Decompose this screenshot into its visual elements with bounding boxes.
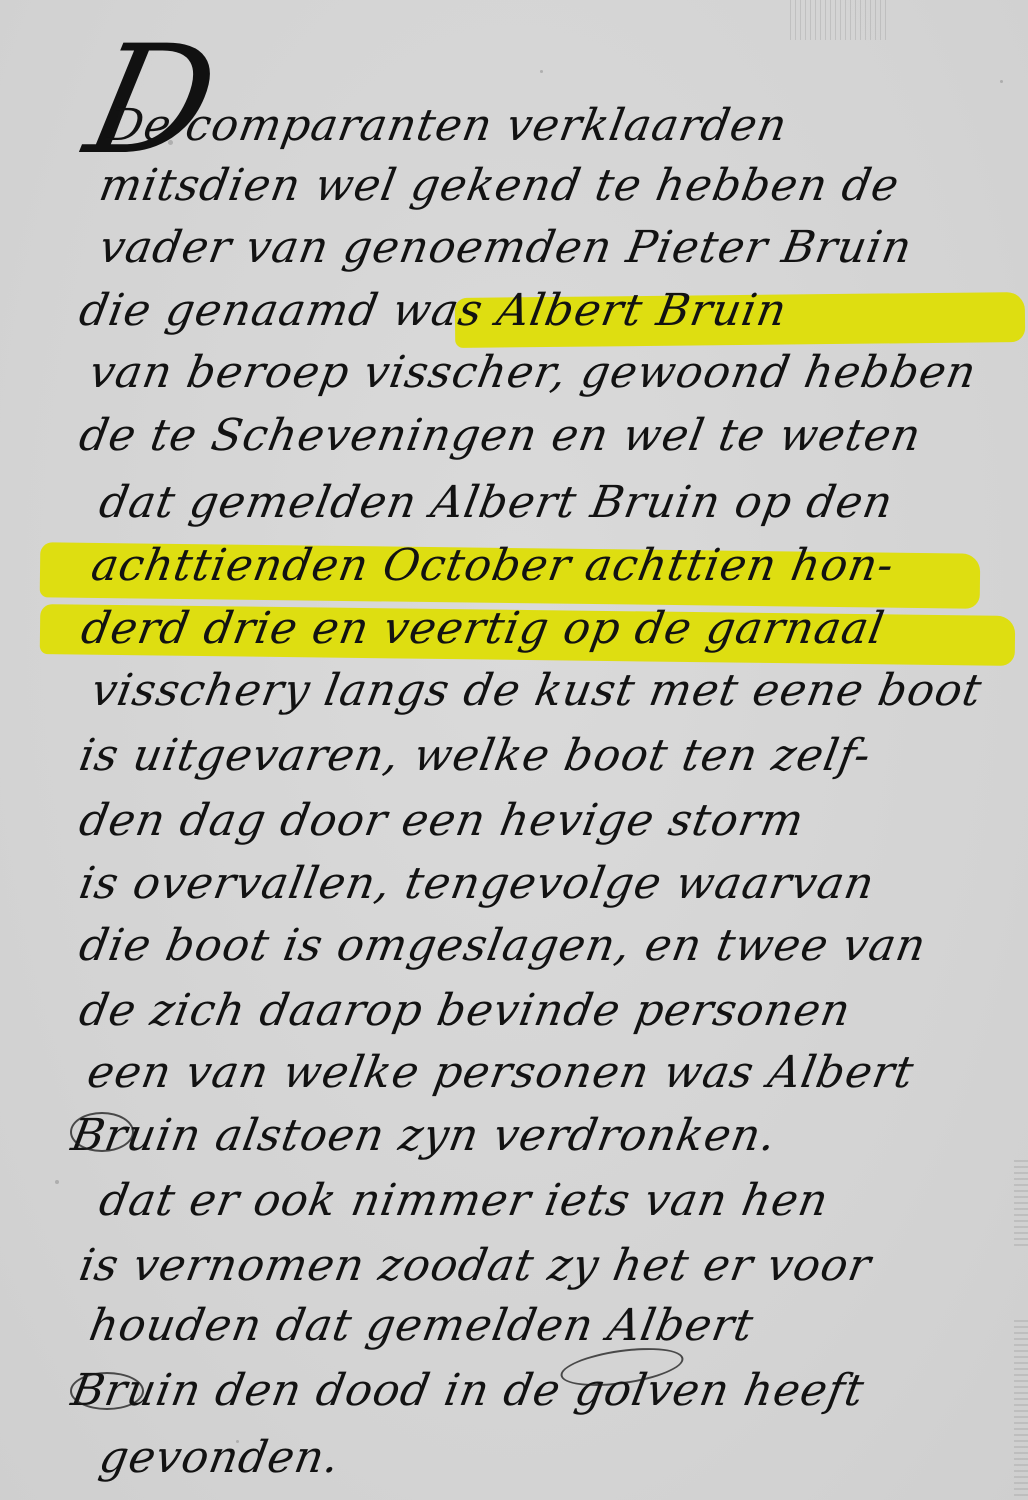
text-line-content: houden dat gemelden Albert bbox=[86, 1300, 758, 1351]
text-line: dat er ook nimmer iets van hen bbox=[0, 1175, 1028, 1239]
scan-speck bbox=[540, 70, 543, 73]
text-line: den dag door een hevige storm bbox=[0, 795, 1028, 859]
text-line-content: de zich daarop bevinde personen bbox=[76, 985, 855, 1036]
text-line-content: visschery langs de kust met eene boot bbox=[88, 665, 986, 716]
text-line: die genaamd was Albert Bruin bbox=[0, 285, 1028, 349]
text-line: een van welke personen was Albert bbox=[0, 1047, 1028, 1111]
text-line-content: gevonden. bbox=[96, 1432, 344, 1483]
text-line: mitsdien wel gekend te hebben de bbox=[0, 160, 1028, 224]
pen-flourish bbox=[70, 1372, 144, 1410]
text-line-content: mitsdien wel gekend te hebben de bbox=[96, 160, 904, 211]
text-line-content: Bruin den dood in de golven heeft bbox=[68, 1365, 869, 1416]
text-line: is uitgevaren, welke boot ten zelf- bbox=[0, 730, 1028, 794]
text-line-content: vader van genoemden Pieter Bruin bbox=[96, 222, 917, 273]
text-line-content: die genaamd was Albert Bruin bbox=[76, 285, 791, 336]
text-line: is vernomen zoodat zy het er voor bbox=[0, 1240, 1028, 1304]
text-line-content: dat er ook nimmer iets van hen bbox=[96, 1175, 833, 1226]
text-line: gevonden. bbox=[0, 1432, 1028, 1496]
text-line-content: achttienden October achttien hon- bbox=[88, 540, 899, 591]
text-line-content: den dag door een hevige storm bbox=[76, 795, 809, 846]
text-line: houden dat gemelden Albert bbox=[0, 1300, 1028, 1364]
text-line: derd drie en veertig op de garnaal bbox=[0, 603, 1028, 667]
scan-speck bbox=[1000, 80, 1003, 83]
text-line-content: een van welke personen was Albert bbox=[84, 1047, 919, 1098]
text-line: visschery langs de kust met eene boot bbox=[0, 665, 1028, 729]
text-line-content: is vernomen zoodat zy het er voor bbox=[76, 1240, 876, 1291]
scan-noise-top bbox=[790, 0, 890, 40]
document-page: D De comparanten verklaardenmitsdien wel… bbox=[0, 0, 1028, 1500]
text-line: Bruin den dood in de golven heeft bbox=[0, 1365, 1028, 1429]
text-line: de zich daarop bevinde personen bbox=[0, 985, 1028, 1049]
text-line-content: de te Scheveningen en wel te weten bbox=[76, 410, 926, 461]
text-line: die boot is omgeslagen, en twee van bbox=[0, 920, 1028, 984]
text-line-content: is overvallen, tengevolge waarvan bbox=[76, 858, 879, 909]
text-line-content: Bruin alstoen zyn verdronken. bbox=[68, 1110, 781, 1161]
text-line: achttienden October achttien hon- bbox=[0, 540, 1028, 604]
text-line-content: dat gemelden Albert Bruin op den bbox=[96, 477, 898, 528]
text-line: Bruin alstoen zyn verdronken. bbox=[0, 1110, 1028, 1174]
text-line-content: De comparanten verklaarden bbox=[104, 100, 792, 151]
text-line: is overvallen, tengevolge waarvan bbox=[0, 858, 1028, 922]
pen-flourish bbox=[70, 1112, 134, 1152]
text-line: vader van genoemden Pieter Bruin bbox=[0, 222, 1028, 286]
text-line-content: is uitgevaren, welke boot ten zelf- bbox=[76, 730, 876, 781]
text-line: de te Scheveningen en wel te weten bbox=[0, 410, 1028, 474]
text-line: van beroep visscher, gewoond hebben bbox=[0, 347, 1028, 411]
text-line: dat gemelden Albert Bruin op den bbox=[0, 477, 1028, 541]
text-line: De comparanten verklaarden bbox=[0, 100, 1028, 164]
text-line-content: van beroep visscher, gewoond hebben bbox=[86, 347, 981, 398]
text-line-content: derd drie en veertig op de garnaal bbox=[78, 603, 889, 654]
text-line-content: die boot is omgeslagen, en twee van bbox=[76, 920, 931, 971]
